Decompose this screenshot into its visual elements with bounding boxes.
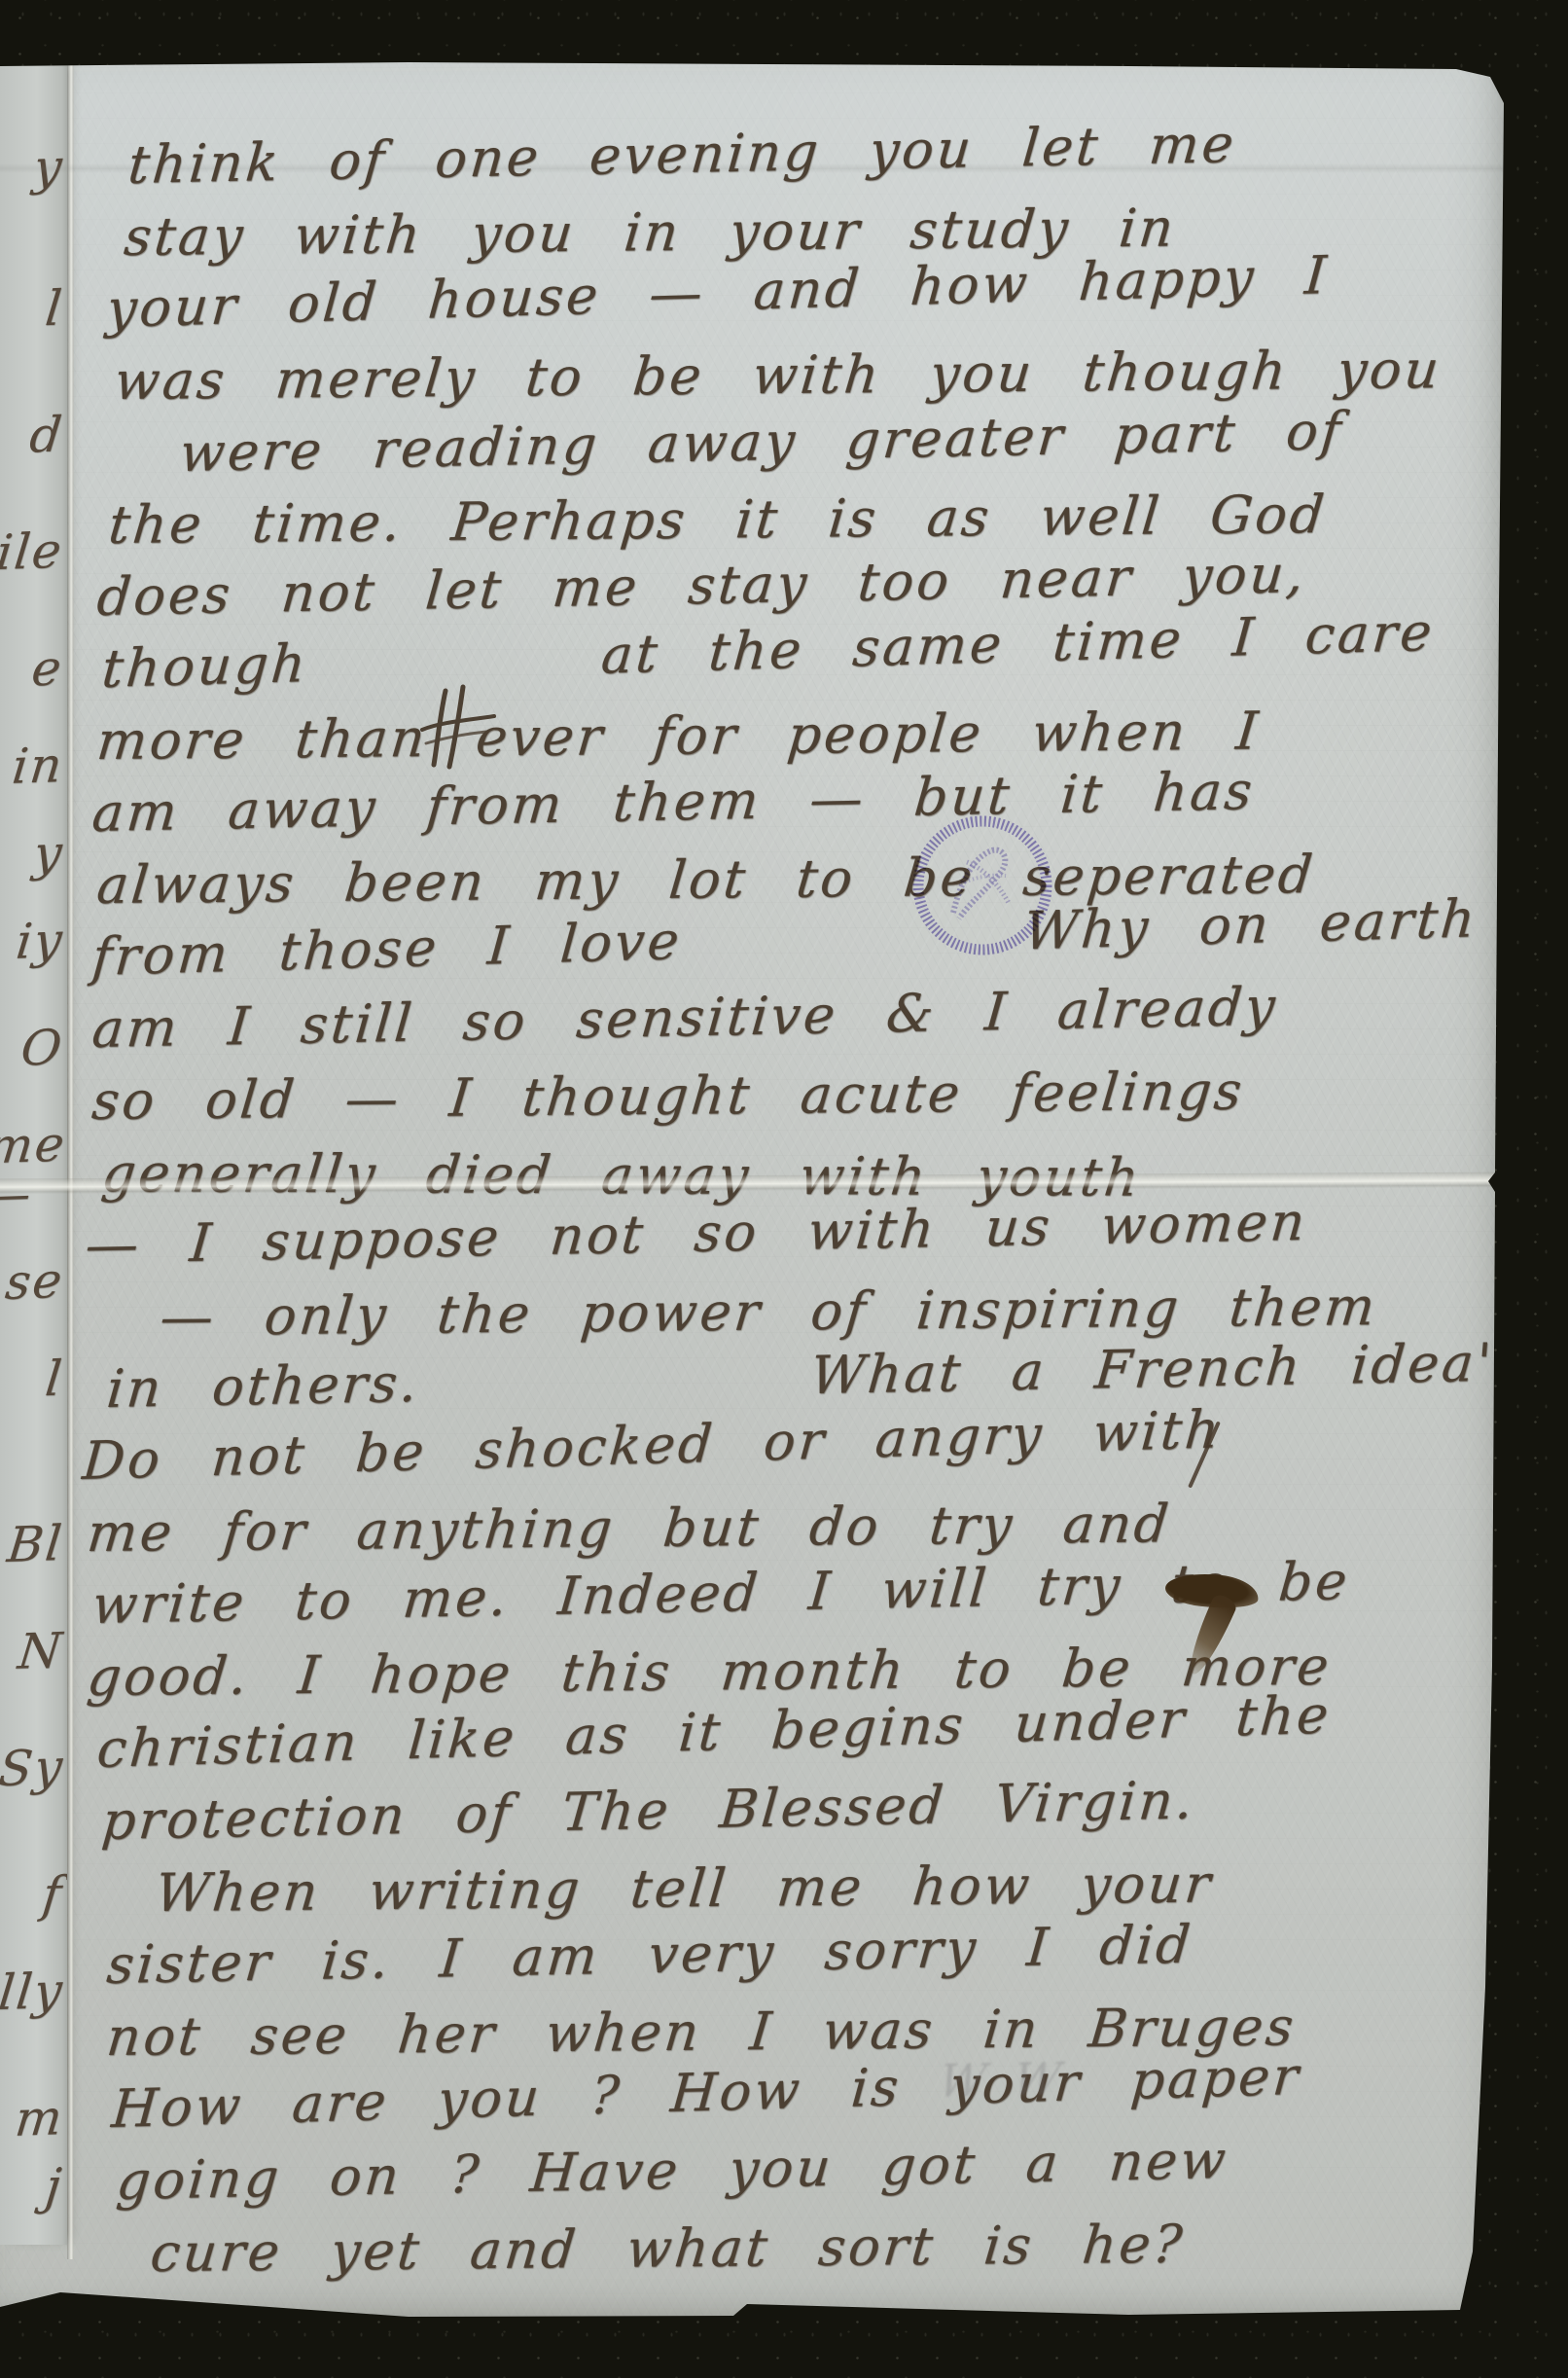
adjacent-page-edge: y l d ile e in y iy O me— se l Bl N Sy f… (0, 60, 67, 2245)
scribble-mark (416, 683, 500, 775)
cut-off-handwriting-fragment: O (18, 1023, 65, 1072)
handwriting-line: When writing tell me how your (153, 1857, 1215, 1922)
cut-off-handwriting-fragment: l (43, 284, 65, 334)
handwriting-line: cure yet and what sort is he? (148, 2217, 1187, 2282)
handwriting-line: think of one evening you let me (126, 117, 1239, 193)
cut-off-handwriting-fragment: m (13, 2093, 66, 2144)
handwriting-line: more than ever for people when I (94, 704, 1263, 770)
vertical-fold-crease (67, 60, 74, 2259)
handwriting-line: — I suppose not so with us women (84, 1195, 1310, 1274)
handwriting-line: am away from them — but it has (90, 764, 1258, 842)
handwriting-line: me for anything but do try and (85, 1496, 1173, 1561)
letter-page: y l d ile e in y iy O me— se l Bl N Sy f… (0, 60, 1505, 2320)
cut-off-handwriting-fragment: iy (14, 916, 66, 966)
cut-off-handwriting-fragment: in (10, 740, 66, 791)
handwriting-line: protection of The Blessed Virgin. (100, 1773, 1198, 1849)
cut-off-handwriting-fragment: y (31, 828, 66, 878)
handwriting-line: — only the power of inspiring them (158, 1279, 1379, 1346)
cut-off-handwriting-fragment: d (27, 410, 65, 459)
handwriting-line: in others. What a French idea' (105, 1336, 1496, 1418)
handwriting-line: was merely to be with you though you (112, 342, 1443, 410)
circular-violet-ink-stamp-icon (910, 813, 1054, 957)
handwriting-line: sister is. I am very sorry I did (105, 1918, 1195, 1994)
handwriting-line: am I still so sensitive & I already (90, 980, 1280, 1058)
cut-off-handwriting-fragment: Sy (0, 1743, 66, 1793)
handwriting-line: so old — I thought acute feelings (89, 1064, 1247, 1130)
handwriting-line: were reading away greater part of (178, 404, 1346, 482)
cut-off-handwriting-fragment: me— (0, 1120, 67, 1220)
cut-off-handwriting-fragment: ile (0, 526, 66, 577)
photographed-letter-scan: y l d ile e in y iy O me— se l Bl N Sy f… (0, 0, 1568, 2378)
cut-off-handwriting-fragment: lly (0, 1966, 66, 2017)
cut-off-handwriting-fragment: l (43, 1354, 65, 1404)
cut-off-handwriting-fragment: se (3, 1256, 66, 1307)
cut-off-handwriting-fragment: Bl (6, 1519, 66, 1569)
cut-off-handwriting-fragment: N (17, 1626, 66, 1676)
reverse-side-showthrough: W W (925, 2051, 1352, 2176)
handwriting-line: the time. Perhaps it is as well God (106, 487, 1329, 554)
cut-off-handwriting-fragment: f (41, 1870, 66, 1920)
cut-off-handwriting-fragment: e (30, 643, 66, 693)
handwriting-line: write to me. Indeed I will try to be (90, 1554, 1352, 1633)
cut-off-handwriting-fragment: j (44, 2162, 66, 2212)
